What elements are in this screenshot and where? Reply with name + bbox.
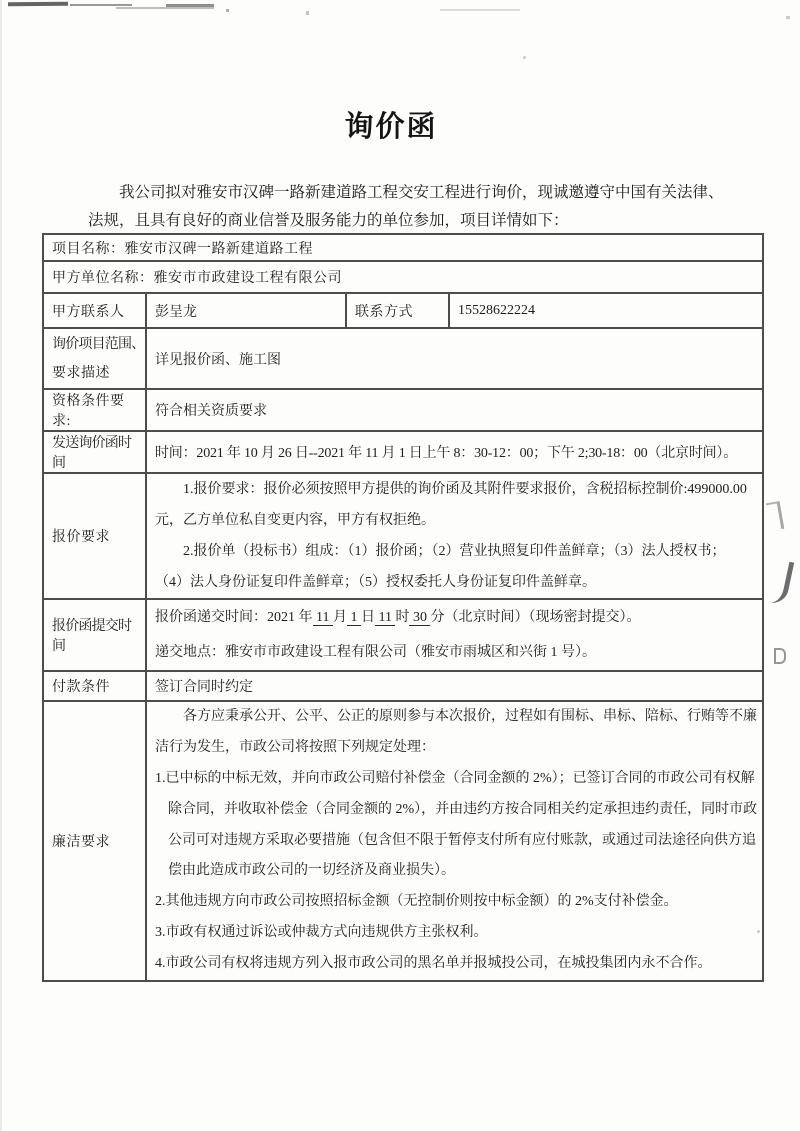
- payment-value-cell: 签订合同时约定: [146, 671, 763, 701]
- quotation-line: 2.报价单（投标书）组成：（1）报价函；（2）营业执照复印件盖鲜章；（3）法人授…: [155, 536, 756, 567]
- send-time-value-cell: 时间：2021 年 10 月 26 日--2021 年 11 月 1 日上午 8…: [146, 431, 763, 473]
- scope-label-cell: 询价项目范围、 要求描述: [43, 328, 146, 389]
- scope-label-line: 要求描述: [52, 359, 139, 388]
- submission-address-line: 递交地点：雅安市市政建设工程有限公司（雅安市雨城区和兴街 1 号）。: [155, 635, 756, 670]
- integrity-label-cell: 廉洁要求: [43, 701, 146, 981]
- table-row-send-time: 发送询价函时间 时间：2021 年 10 月 26 日--2021 年 11 月…: [43, 431, 763, 473]
- scan-artifact-right-mark: [766, 501, 785, 531]
- project-name-cell: 项目名称：雅安市汉碑一路新建道路工程: [43, 234, 763, 261]
- quotation-value-cell: 1.报价要求：报价必须按照甲方提供的询价函及其附件要求报价，含税招标控制价:49…: [146, 473, 763, 599]
- integrity-line: 2.其他违规方向市政公司按照招标金额（无控制价则按中标金额）的 2%支付补偿金。: [155, 887, 756, 918]
- scope-label-line: 询价项目范围、: [52, 330, 139, 359]
- scan-artifact-top-smudge: [166, 4, 214, 7]
- payment-label-cell: 付款条件: [43, 671, 146, 701]
- integrity-line: 各方应秉承公开、公平、公正的原则参与本次报价，过程如有围标、串标、陪标、行贿等不…: [155, 702, 756, 733]
- qualification-label-cell: 资格条件要求:: [43, 389, 146, 431]
- scope-value-cell: 详见报价函、施工图: [146, 328, 763, 389]
- party-a-name-cell: 甲方单位名称：雅安市市政建设工程有限公司: [43, 261, 763, 293]
- document-title: 询价函: [0, 104, 782, 145]
- integrity-line: 3.市政有权通过诉讼或仲裁方式向违规供方主张权利。: [155, 918, 756, 949]
- submission-minute-underlined: 30: [409, 610, 430, 626]
- table-row-party-a: 甲方单位名称：雅安市市政建设工程有限公司: [43, 261, 763, 293]
- contact-label-cell: 甲方联系人: [43, 293, 146, 328]
- submission-hour-underlined: 11: [375, 610, 395, 626]
- submission-time-text: 分（北京时间）（现场密封提交）。: [430, 610, 640, 625]
- scan-artifact-right-mark: [774, 648, 786, 664]
- submission-value-cell: 报价函递交时间：2021 年 11 月 1 日 11 时 30 分（北京时间）（…: [146, 599, 763, 671]
- scan-artifact-speck: [226, 9, 229, 12]
- scan-artifact-speck: [523, 56, 526, 59]
- table-row-quotation-requirements: 报价要求 1.报价要求：报价必须按照甲方提供的询价函及其附件要求报价，含税招标控…: [43, 473, 763, 599]
- phone-label-cell: 联系方式: [346, 293, 449, 328]
- quotation-label-cell: 报价要求: [43, 473, 146, 599]
- table-row-payment: 付款条件 签订合同时约定: [43, 671, 763, 701]
- scan-artifact-top-smudge: [70, 4, 132, 6]
- submission-time-text: 时: [395, 610, 409, 625]
- scan-artifact-top-smudge: [116, 7, 214, 9]
- intro-line: 法规，且具有良好的商业信誉及服务能力的单位参加，项目详情如下：: [88, 207, 736, 235]
- submission-time-line: 报价函递交时间：2021 年 11 月 1 日 11 时 30 分（北京时间）（…: [155, 600, 756, 635]
- integrity-line: 洁行为发生，市政公司将按照下列规定处理：: [155, 733, 756, 764]
- table-row-scope: 询价项目范围、 要求描述 详见报价函、施工图: [43, 328, 763, 389]
- scan-artifact-speck: [306, 11, 309, 15]
- scan-artifact-right-mark: [765, 558, 795, 605]
- intro-paragraph: 我公司拟对雅安市汉碑一路新建道路工程交安工程进行询价，现诚邀遵守中国有关法律、 …: [88, 179, 736, 235]
- scan-artifact-speck: [786, 16, 790, 19]
- scan-artifact-top-smudge: [440, 9, 520, 11]
- table-row-project-name: 项目名称：雅安市汉碑一路新建道路工程: [43, 234, 763, 261]
- table-row-contact: 甲方联系人 彭呈龙 联系方式 15528622224: [43, 293, 763, 328]
- table-row-submission-time: 报价函提交时间 报价函递交时间：2021 年 11 月 1 日 11 时 30 …: [43, 599, 763, 671]
- submission-time-text: 日: [361, 610, 375, 625]
- integrity-line: 偿由此造成市政公司的一切经济及商业损失）。: [155, 856, 756, 887]
- inquiry-details-table: 项目名称：雅安市汉碑一路新建道路工程 甲方单位名称：雅安市市政建设工程有限公司 …: [42, 233, 764, 982]
- integrity-line: 1.已中标的中标无效，并向市政公司赔付补偿金（合同金额的 2%）；已签订合同的市…: [155, 764, 756, 795]
- submission-time-text: 月: [333, 610, 347, 625]
- phone-number-cell: 15528622224: [449, 293, 763, 328]
- intro-line: 我公司拟对雅安市汉碑一路新建道路工程交安工程进行询价，现诚邀遵守中国有关法律、: [88, 179, 736, 207]
- submission-label-cell: 报价函提交时间: [43, 599, 146, 671]
- scanned-document-page: 询价函 我公司拟对雅安市汉碑一路新建道路工程交安工程进行询价，现诚邀遵守中国有关…: [0, 0, 800, 1131]
- qualification-value-cell: 符合相关资质要求: [146, 389, 763, 431]
- quotation-line: 1.报价要求：报价必须按照甲方提供的询价函及其附件要求报价，含税招标控制价:49…: [155, 474, 756, 505]
- integrity-line: 除合同，并收取补偿金（合同金额的 2%），并由违约方按合同相关约定承担违约责任，…: [155, 795, 756, 826]
- quotation-line: 元，乙方单位私自变更内容，甲方有权拒绝。: [155, 505, 756, 536]
- send-time-label-cell: 发送询价函时间: [43, 431, 146, 473]
- integrity-line: 公司可对违规方采取必要措施（包含但不限于暂停支付所有应付账款，或通过司法途径向供…: [155, 826, 756, 857]
- scan-artifact-left-edge: [0, 0, 2, 1131]
- integrity-line: 4.市政公司有权将违规方列入报市政公司的黑名单并报城投公司，在城投集团内永不合作…: [155, 949, 756, 980]
- contact-name-cell: 彭呈龙: [146, 293, 346, 328]
- quotation-line: （4）法人身份证复印件盖鲜章；（5）授权委托人身份证复印件盖鲜章。: [155, 567, 756, 598]
- submission-day-underlined: 1: [347, 610, 361, 626]
- submission-time-text: 报价函递交时间：2021 年: [155, 610, 313, 625]
- table-row-qualification: 资格条件要求: 符合相关资质要求: [43, 389, 763, 431]
- scan-artifact-top-smudge: [8, 2, 68, 6]
- table-row-integrity: 廉洁要求 各方应秉承公开、公平、公正的原则参与本次报价，过程如有围标、串标、陪标…: [43, 701, 763, 981]
- submission-month-underlined: 11: [313, 610, 333, 626]
- integrity-value-cell: 各方应秉承公开、公平、公正的原则参与本次报价，过程如有围标、串标、陪标、行贿等不…: [146, 701, 763, 981]
